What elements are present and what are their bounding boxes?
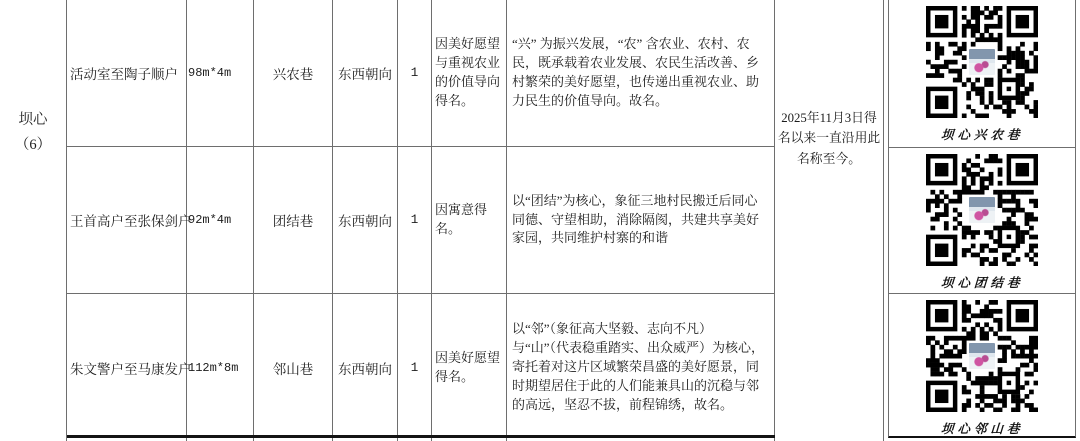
meaning-cell: 以“邻”（象征高大坚毅、志向不凡）与“山”（代表稳重踏实、出众威严）为核心，寄托… [507,294,775,441]
qr-center-logo [967,341,997,371]
reason-text: 因美好愿望与重视农业的价值导向得名。 [435,35,503,110]
row-range: 朱文警户至马康发户 [67,294,187,441]
qr-center-logo [967,47,997,77]
group-name: 坝心 [19,112,48,128]
qr-cell: 坝心兴农巷 [888,0,1076,148]
qr-caption: 坝心团结巷 [940,273,1023,291]
row-range: 王首高户至张保剑户 [67,147,187,294]
meaning-text: 以“团结”为核心，象征三地村民搬迁后同心同德、守望相助，消除隔阂，共建共享美好家… [512,192,769,249]
count-cell: 1 [398,147,432,294]
meaning-text: 以“邻”（象征高大坚毅、志向不凡）与“山”（代表稳重踏实、出众威严）为核心，寄托… [512,320,769,414]
road-naming-table: 坝心 （6） 活动室至陶子顺户 98m*4m 兴农巷 东西朝向 1 因美好愿望与… [0,0,1080,441]
qr-caption: 坝心兴农巷 [940,125,1023,143]
row-size: 98m*4m [187,0,254,147]
row-size: 112m*8m [187,294,254,441]
orientation-cell: 东西朝向 [333,294,398,441]
qr-code [926,300,1038,412]
reason-text: 因寓意得名。 [435,201,503,239]
reason-text: 因美好愿望得名。 [435,349,503,387]
naming-date-text: 2025年11月3日得名以来一直沿用此名称至今。 [777,108,881,169]
qr-cell: 坝心邻山巷 [888,294,1076,438]
qr-center-logo [967,195,997,225]
count-cell: 1 [398,294,432,441]
qr-code [926,6,1038,118]
road-name-cell: 兴农巷 [254,0,333,147]
road-name-cell: 邻山巷 [254,294,333,441]
reason-cell: 因美好愿望与重视农业的价值导向得名。 [432,0,507,147]
group-cell: 坝心 （6） [0,0,67,441]
group-count: （6） [15,137,51,153]
main-table-grid: 坝心 （6） 活动室至陶子顺户 98m*4m 兴农巷 东西朝向 1 因美好愿望与… [0,0,884,441]
qr-caption: 坝心邻山巷 [940,419,1023,437]
orientation-cell: 东西朝向 [333,0,398,147]
table-bottom-rule [67,435,775,438]
meaning-cell: 以“团结”为核心，象征三地村民搬迁后同心同德、守望相助，消除隔阂，共建共享美好家… [507,147,775,294]
row-range: 活动室至陶子顺户 [67,0,187,147]
orientation-cell: 东西朝向 [333,147,398,294]
qr-code [926,154,1038,266]
reason-cell: 因寓意得名。 [432,147,507,294]
meaning-text: “兴” 为振兴发展，“农” 含农业、农村、农民，既承载着农业发展、农民生活改善、… [512,35,769,110]
row-size: 92m*4m [187,147,254,294]
count-cell: 1 [398,0,432,147]
meaning-cell: “兴” 为振兴发展，“农” 含农业、农村、农民，既承载着农业发展、农民生活改善、… [507,0,775,147]
reason-cell: 因美好愿望得名。 [432,294,507,441]
qr-cell: 坝心团结巷 [888,148,1076,294]
road-name-cell: 团结巷 [254,147,333,294]
naming-date-cell: 2025年11月3日得名以来一直沿用此名称至今。 [775,0,884,441]
